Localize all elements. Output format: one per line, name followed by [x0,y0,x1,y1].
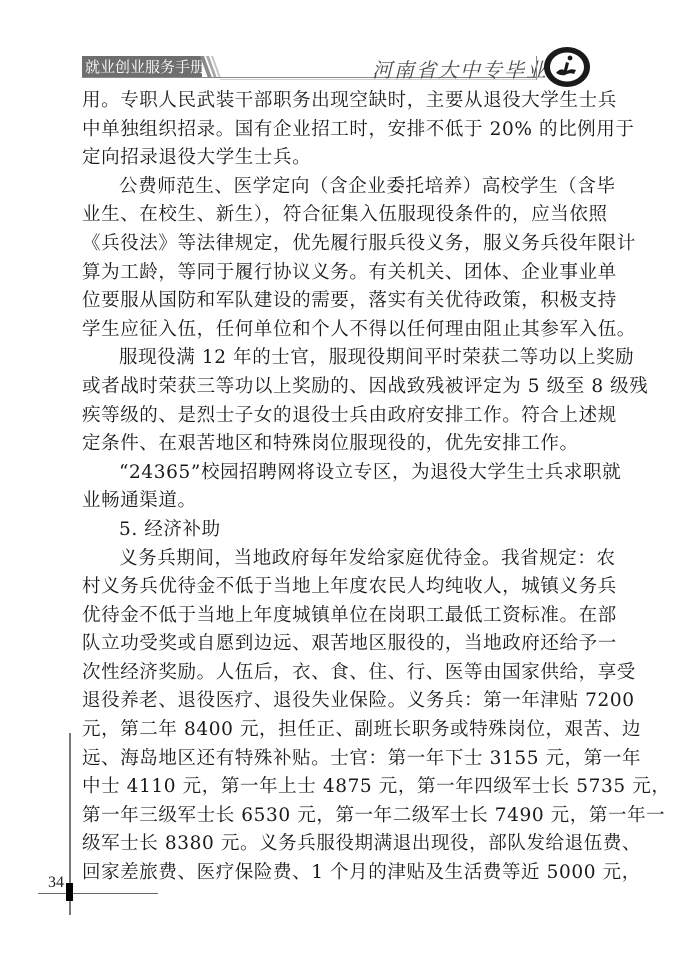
page-body: 用。专职人民武装干部职务出现空缺时，主要从退役大学生士兵 中单独组织招录。国有企… [82,87,602,888]
section-heading: 5. 经济补助 [82,516,602,545]
header-book-title: 河南省大中专毕业生 [372,54,532,83]
footer-rule [38,893,158,894]
text-line: 中单独组织招录。国有企业招工时，安排不低于 20% 的比例用于 [82,116,602,145]
section-heading-economic-subsidy: 5. 经济补助 [82,516,602,545]
text-line: 回家差旅费、医疗保险费、1 个月的津贴及生活费等近 5000 元， [82,859,602,888]
text-line: 级军士长 8380 元。义务兵服役期满退出现役，部队发给退伍费、 [82,830,602,859]
text-line: 位要服从国防和军队建设的需要，落实有关优待政策，积极支持 [82,287,602,316]
paragraph-24365: “24365”校园招聘网将设立专区，为退役大学生士兵求职就 业畅通渠道。 [82,459,602,516]
text-line: 退役养老、退役医疗、退役失业保险。义务兵：第一年津贴 7200 [82,687,602,716]
header-section-banner: 就业创业服务手册 [82,56,202,78]
text-line: 业生、在校生、新生），符合征集入伍服现役条件的，应当依照 [82,201,602,230]
text-line: 定向招录退役大学生士兵。 [82,144,602,173]
text-line: 队立功受奖或自愿到边远、艰苦地区服役的，当地政府还给予一 [82,630,602,659]
text-line: 学生应征入伍，任何单位和个人不得以任何理由阻止其参军入伍。 [82,316,602,345]
text-line: 服现役满 12 年的士官，服现役期间平时荣获二等功以上奖励 [82,344,602,373]
text-line: 远、海岛地区还有特殊补贴。士官：第一年下士 3155 元，第一年 [82,745,602,774]
paragraph-students: 公费师范生、医学定向（含企业委托培养）高校学生（含毕 业生、在校生、新生），符合… [82,173,602,345]
text-line: 算为工龄，等同于履行协议义务。有关机关、团体、企业事业单 [82,259,602,288]
text-line: 疾等级的、是烈士子女的退役士兵由政府安排工作。符合上述规 [82,402,602,431]
text-line: 优待金不低于当地上年度城镇单位在岗职工最低工资标准。在部 [82,602,602,631]
text-line: 元，第二年 8400 元，担任正、副班长职务或特殊岗位，艰苦、边 [82,716,602,745]
text-line: 次性经济奖励。人伍后，衣、食、住、行、医等由国家供给，享受 [82,659,602,688]
text-line: 村义务兵优待金不低于当地上年度农民人均纯收人，城镇义务兵 [82,573,602,602]
page-number: 34 [48,874,64,892]
text-line: 或者战时荣获三等功以上奖励的、因战致残被评定为 5 级至 8 级残 [82,373,602,402]
banner-stripes-decoration [200,56,230,78]
paragraph-job-placement: 服现役满 12 年的士官，服现役期间平时荣获二等功以上奖励 或者战时荣获三等功以… [82,344,602,458]
text-line: 用。专职人民武装干部职务出现空缺时，主要从退役大学生士兵 [82,87,602,116]
text-line: “24365”校园招聘网将设立专区，为退役大学生士兵求职就 [82,459,602,488]
text-line: 《兵役法》等法律规定，优先履行服兵役义务，服义务兵役年限计 [82,230,602,259]
paragraph-subsidy: 义务兵期间，当地政府每年发给家庭优待金。我省规定：农 村义务兵优待金不低于当地上… [82,545,602,888]
header-divider [536,56,537,80]
paragraph-continuation: 用。专职人民武装干部职务出现空缺时，主要从退役大学生士兵 中单独组织招录。国有企… [82,87,602,173]
text-line: 中士 4110 元，第一年上士 4875 元，第一年四级军士长 5735 元， [82,773,602,802]
text-line: 义务兵期间，当地政府每年发给家庭优待金。我省规定：农 [82,545,602,574]
university-emblem-icon [543,46,591,88]
text-line: 业畅通渠道。 [82,487,602,516]
text-line: 定条件、在艰苦地区和特殊岗位服现役的，优先安排工作。 [82,430,602,459]
text-line: 第一年三级军士长 6530 元，第一年二级军士长 7490 元，第一年一 [82,802,602,831]
text-line: 公费师范生、医学定向（含企业委托培养）高校学生（含毕 [82,173,602,202]
page-marker-block [66,883,73,901]
